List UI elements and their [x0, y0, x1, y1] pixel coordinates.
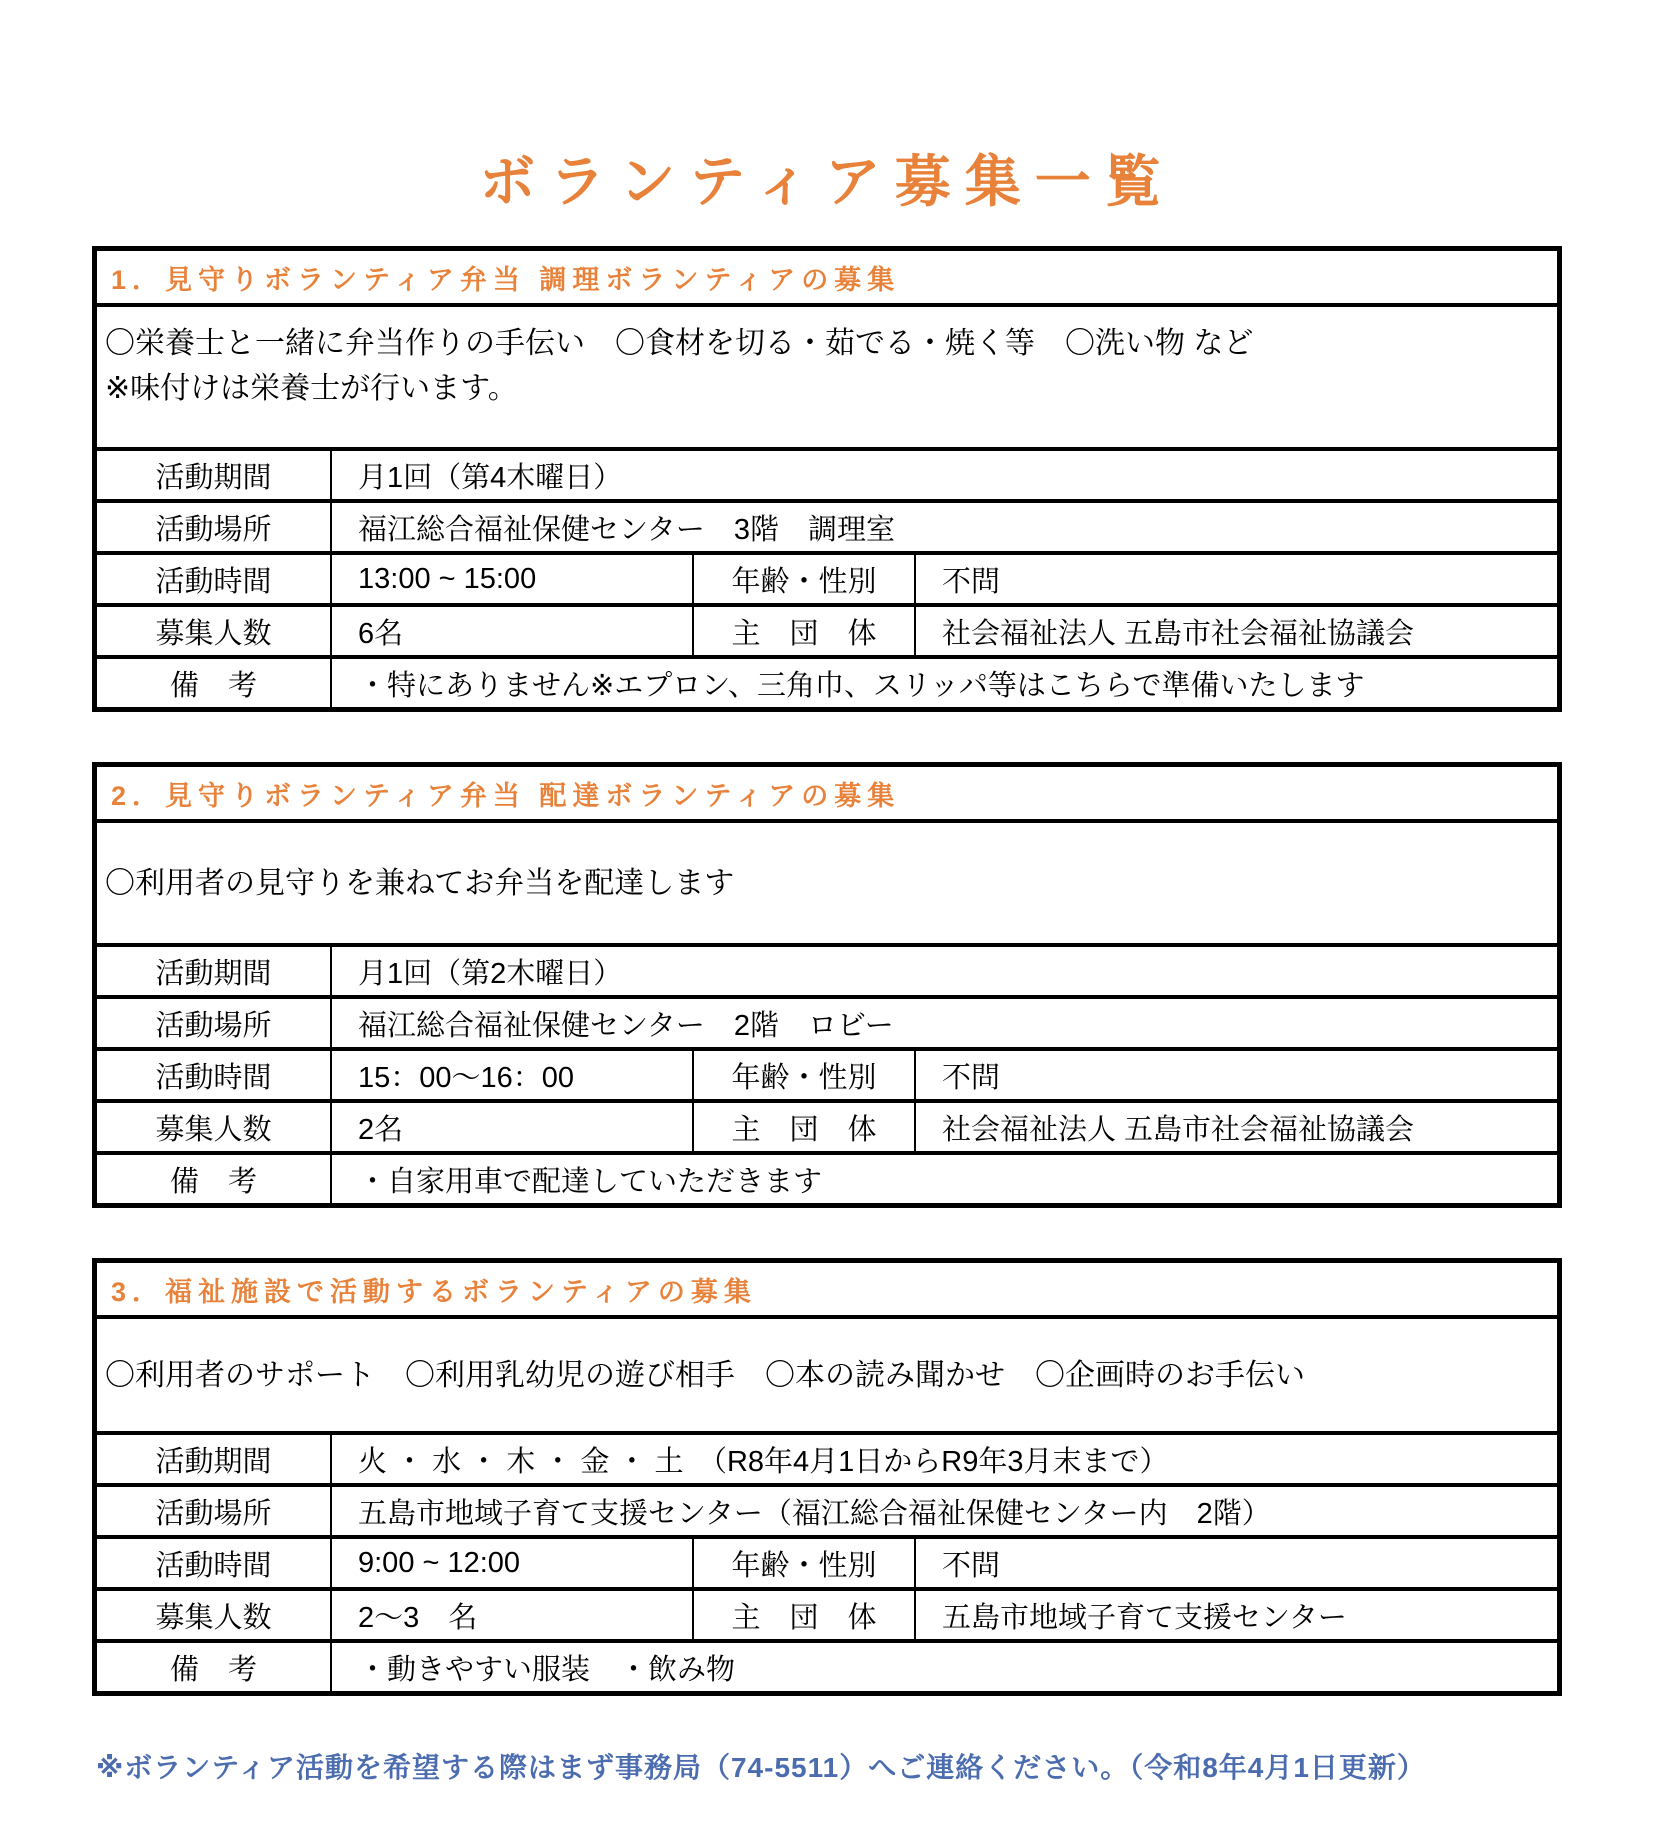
people-label: 募集人数 [97, 1591, 330, 1639]
period-value: 火 ・ 水 ・ 木 ・ 金 ・ 土 （R8年4月1日からR9年3月末まで） [330, 1435, 1557, 1483]
notes-value: ・動きやすい服装 ・飲み物 [330, 1643, 1557, 1691]
description-line-1: 〇利用者のサポート 〇利用乳幼児の遊び相手 〇本の読み聞かせ 〇企画時のお手伝い [105, 1353, 1547, 1398]
age-value: 不問 [914, 1051, 1557, 1099]
section-title: 3．福祉施設で活動するボランティアの募集 [97, 1263, 1557, 1315]
people-label: 募集人数 [97, 1103, 330, 1151]
contact-note: ※ボランティア活動を希望する際はまず事務局（74-5511）へご連絡ください。（… [92, 1746, 1562, 1786]
period-label: 活動期間 [97, 1435, 330, 1483]
table-row-place: 活動場所 福江総合福祉保健センター 2階 ロビー [97, 995, 1557, 1047]
table-row-period: 活動期間 月1回（第2木曜日） [97, 943, 1557, 995]
table-row-place: 活動場所 福江総合福祉保健センター 3階 調理室 [97, 499, 1557, 551]
age-value: 不問 [914, 1539, 1557, 1587]
period-label: 活動期間 [97, 947, 330, 995]
age-label: 年齢・性別 [692, 1539, 914, 1587]
description-line-1: 〇栄養士と一緒に弁当作りの手伝い 〇食材を切る・茹でる・焼く等 〇洗い物 など [105, 321, 1547, 366]
age-value: 不問 [914, 555, 1557, 603]
table-row-notes: 備 考 ・特にありません※エプロン、三角巾、スリッパ等はこちらで準備いたします [97, 655, 1557, 707]
period-value: 月1回（第2木曜日） [330, 947, 1557, 995]
time-value: 9:00 ~ 12:00 [330, 1539, 692, 1587]
table-row-time: 活動時間 13:00 ~ 15:00 年齢・性別 不問 [97, 551, 1557, 603]
table-row-place: 活動場所 五島市地域子育て支援センター（福江総合福祉保健センター内 2階） [97, 1483, 1557, 1535]
org-value: 社会福祉法人 五島市社会福祉協議会 [914, 607, 1557, 655]
table-row-notes: 備 考 ・自家用車で配達していただきます [97, 1151, 1557, 1203]
notes-value: ・特にありません※エプロン、三角巾、スリッパ等はこちらで準備いたします [330, 659, 1557, 707]
people-value: 2～3 名 [330, 1591, 692, 1639]
period-value: 月1回（第4木曜日） [330, 451, 1557, 499]
description-row: 〇利用者の見守りを兼ねてお弁当を配達します [97, 819, 1557, 943]
description-cell: 〇利用者の見守りを兼ねてお弁当を配達します [97, 823, 1557, 943]
recruit-section-3: 3．福祉施設で活動するボランティアの募集 〇利用者のサポート 〇利用乳幼児の遊び… [92, 1258, 1562, 1696]
recruit-section-1: 1．見守りボランティア弁当 調理ボランティアの募集 〇栄養士と一緒に弁当作りの手… [92, 246, 1562, 712]
section-header-row: 2．見守りボランティア弁当 配達ボランティアの募集 [97, 767, 1557, 819]
people-value: 2名 [330, 1103, 692, 1151]
table-row-people: 募集人数 6名 主 団 体 社会福祉法人 五島市社会福祉協議会 [97, 603, 1557, 655]
org-value: 五島市地域子育て支援センター [914, 1591, 1557, 1639]
time-value: 15：00～16：00 [330, 1051, 692, 1099]
description-cell: 〇利用者のサポート 〇利用乳幼児の遊び相手 〇本の読み聞かせ 〇企画時のお手伝い [97, 1319, 1557, 1431]
place-label: 活動場所 [97, 503, 330, 551]
place-value: 福江総合福祉保健センター 2階 ロビー [330, 999, 1557, 1047]
place-label: 活動場所 [97, 999, 330, 1047]
section-header-row: 1．見守りボランティア弁当 調理ボランティアの募集 [97, 251, 1557, 303]
notes-value: ・自家用車で配達していただきます [330, 1155, 1557, 1203]
recruit-section-2: 2．見守りボランティア弁当 配達ボランティアの募集 〇利用者の見守りを兼ねてお弁… [92, 762, 1562, 1208]
section-header-row: 3．福祉施設で活動するボランティアの募集 [97, 1263, 1557, 1315]
table-row-people: 募集人数 2～3 名 主 団 体 五島市地域子育て支援センター [97, 1587, 1557, 1639]
org-label: 主 団 体 [692, 1591, 914, 1639]
section-title: 2．見守りボランティア弁当 配達ボランティアの募集 [97, 767, 1557, 819]
period-label: 活動期間 [97, 451, 330, 499]
time-value: 13:00 ~ 15:00 [330, 555, 692, 603]
org-label: 主 団 体 [692, 607, 914, 655]
section-title: 1．見守りボランティア弁当 調理ボランティアの募集 [97, 251, 1557, 303]
place-value: 福江総合福祉保健センター 3階 調理室 [330, 503, 1557, 551]
age-label: 年齢・性別 [692, 1051, 914, 1099]
org-label: 主 団 体 [692, 1103, 914, 1151]
description-row: 〇利用者のサポート 〇利用乳幼児の遊び相手 〇本の読み聞かせ 〇企画時のお手伝い [97, 1315, 1557, 1431]
page-title: ボランティア募集一覧 [92, 138, 1562, 218]
place-value: 五島市地域子育て支援センター（福江総合福祉保健センター内 2階） [330, 1487, 1557, 1535]
people-label: 募集人数 [97, 607, 330, 655]
time-label: 活動時間 [97, 1051, 330, 1099]
document-page: ボランティア募集一覧 1．見守りボランティア弁当 調理ボランティアの募集 〇栄養… [0, 0, 1654, 1826]
table-row-time: 活動時間 15：00～16：00 年齢・性別 不問 [97, 1047, 1557, 1099]
org-value: 社会福祉法人 五島市社会福祉協議会 [914, 1103, 1557, 1151]
place-label: 活動場所 [97, 1487, 330, 1535]
table-row-period: 活動期間 月1回（第4木曜日） [97, 447, 1557, 499]
time-label: 活動時間 [97, 1539, 330, 1587]
notes-label: 備 考 [97, 1155, 330, 1203]
description-line-1: 〇利用者の見守りを兼ねてお弁当を配達します [105, 861, 1547, 906]
description-cell: 〇栄養士と一緒に弁当作りの手伝い 〇食材を切る・茹でる・焼く等 〇洗い物 など … [97, 307, 1557, 447]
table-row-period: 活動期間 火 ・ 水 ・ 木 ・ 金 ・ 土 （R8年4月1日からR9年3月末ま… [97, 1431, 1557, 1483]
table-row-people: 募集人数 2名 主 団 体 社会福祉法人 五島市社会福祉協議会 [97, 1099, 1557, 1151]
people-value: 6名 [330, 607, 692, 655]
table-row-time: 活動時間 9:00 ~ 12:00 年齢・性別 不問 [97, 1535, 1557, 1587]
description-row: 〇栄養士と一緒に弁当作りの手伝い 〇食材を切る・茹でる・焼く等 〇洗い物 など … [97, 303, 1557, 447]
notes-label: 備 考 [97, 1643, 330, 1691]
table-row-notes: 備 考 ・動きやすい服装 ・飲み物 [97, 1639, 1557, 1691]
age-label: 年齢・性別 [692, 555, 914, 603]
notes-label: 備 考 [97, 659, 330, 707]
time-label: 活動時間 [97, 555, 330, 603]
description-line-2: ※味付けは栄養士が行います。 [105, 366, 1547, 411]
